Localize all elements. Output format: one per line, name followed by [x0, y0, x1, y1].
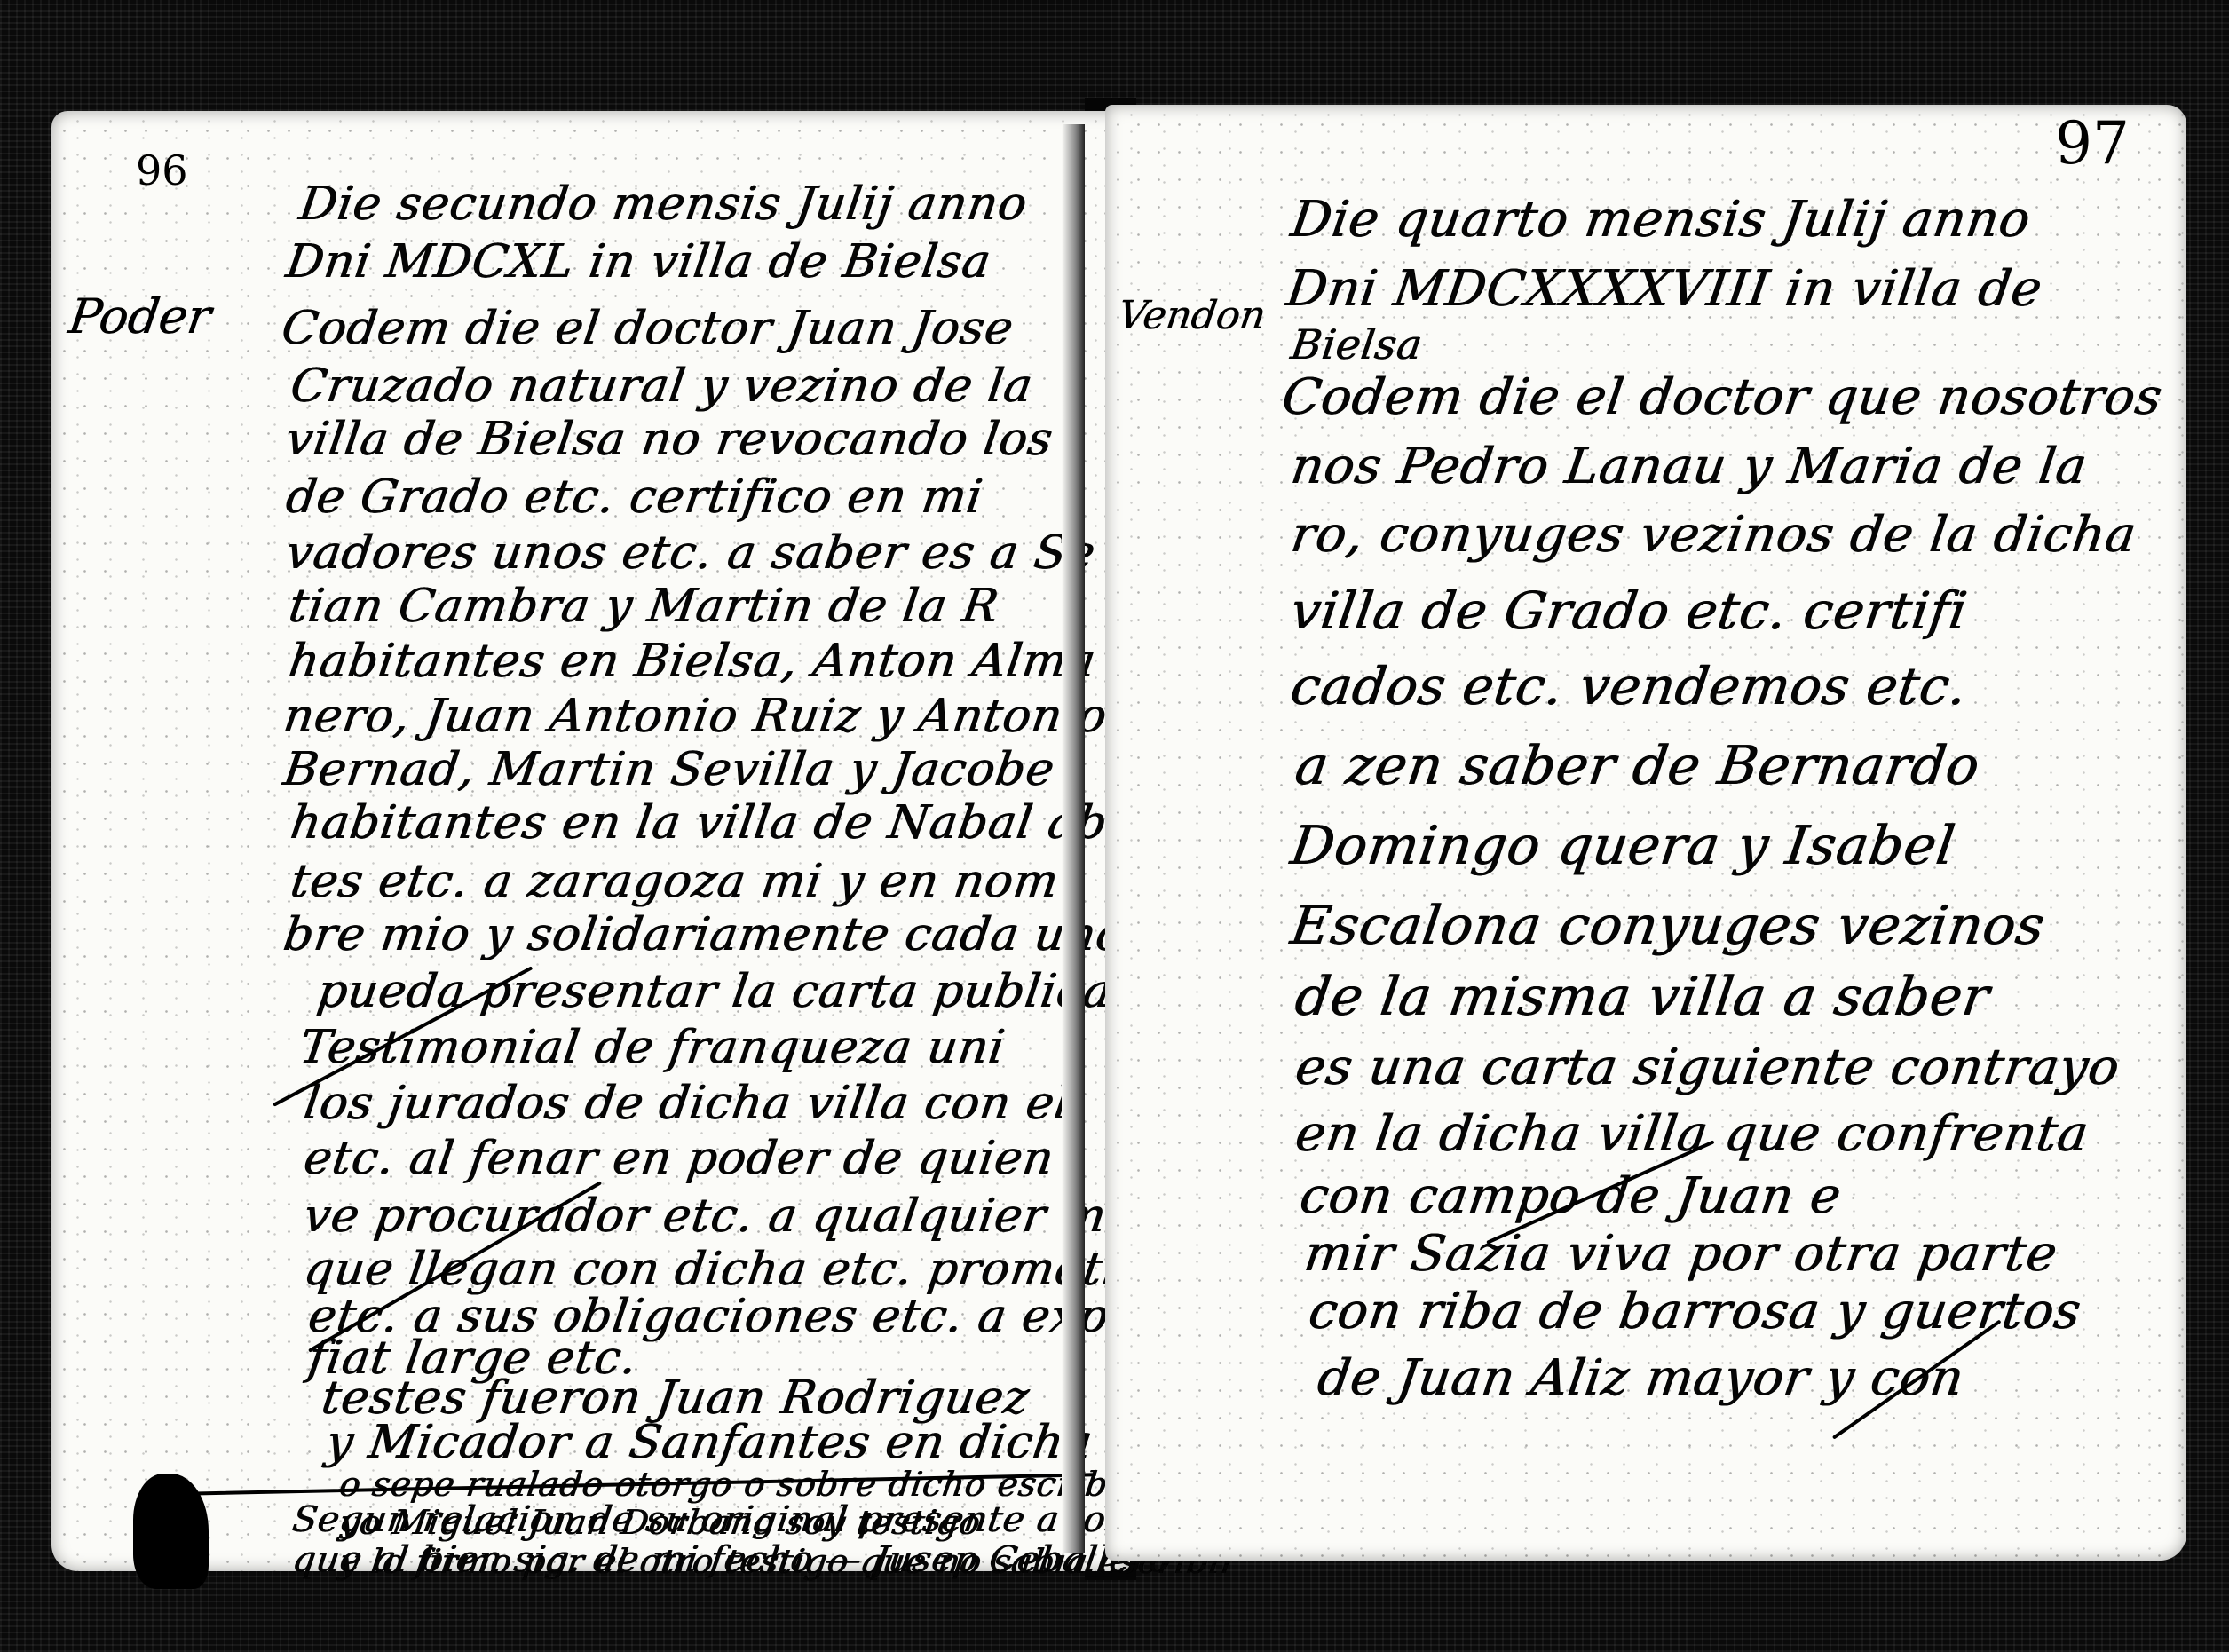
folio-number-left: 96: [136, 146, 188, 194]
manuscript-line: etc. al fenar en poder de quien: [301, 1132, 1057, 1185]
manuscript-line: mir Sazia viva por otra parte: [1301, 1228, 2061, 1281]
manuscript-line: Codem die el doctor Juan Jose: [279, 302, 1017, 355]
manuscript-line: nero, Juan Antonio Ruiz y Antonio: [281, 690, 1111, 743]
manuscript-line: es una carta siguiente contrayo: [1292, 1041, 2123, 1095]
manuscript-line: Testimonial de franqueza uni: [296, 1021, 1008, 1074]
manuscript-line: de Grado etc. certifico en mi: [283, 470, 986, 524]
manuscript-line: Domingo quera y Isabel: [1288, 819, 1958, 873]
manuscript-line: pueda presentar la carta publica: [314, 965, 1116, 1018]
manuscript-line: tes etc. a zaragoza mi y en nom: [288, 855, 1063, 908]
manuscript-line: habitantes en la villa de Nabal ab: [288, 796, 1111, 850]
manuscript-line: con campo de Juan e: [1297, 1170, 1845, 1223]
manuscript-line: de la misma villa a saber: [1292, 970, 1993, 1024]
manuscript-line: Escalona conyuges vezinos: [1288, 899, 2049, 952]
manuscript-line: ro, conyuges vezinos de la dicha: [1288, 509, 2140, 562]
manuscript-line: con riba de barrosa y guertos: [1306, 1285, 2085, 1339]
manuscript-line: villa de Bielsa no revocando los: [283, 413, 1056, 466]
manuscript-line: a zen saber de Bernardo: [1292, 739, 1983, 793]
manuscript-line: o sepe rualado otorgo o sobre dicho escr…: [337, 1465, 1175, 1504]
manuscript-line: villa de Grado etc. certifi: [1288, 584, 1971, 637]
manuscript-line: los jurados de dicha villa con el: [301, 1077, 1074, 1130]
manuscript-line: vadores unos etc. a saber es a Se: [283, 526, 1099, 580]
left-folio: 96 Poder Die secundo mensis Julij anno D…: [51, 111, 1130, 1571]
manuscript-line: nos Pedro Lanau y Maria de la: [1288, 440, 2091, 494]
manuscript-line: Die quarto mensis Julij anno: [1288, 194, 2035, 247]
footer-note-line: Segun relacion de su original presente a…: [290, 1500, 1244, 1539]
manuscript-line: cados etc. vendemos etc.: [1288, 660, 1971, 713]
margin-note-vendon: Vendon: [1115, 293, 1268, 338]
folio-number-right: 97: [2055, 109, 2130, 178]
manuscript-line: habitantes en Bielsa, Anton Alma: [286, 635, 1100, 688]
margin-note-poder: Poder: [66, 289, 215, 344]
manuscript-line: Dni MDCXL in villa de Bielsa: [283, 235, 995, 289]
manuscript-line: que llegan con dicha etc. prometio: [301, 1243, 1151, 1296]
manuscript-line: Codem die el doctor que nosotros: [1279, 371, 2166, 424]
right-folio: 97 Vendon Die quarto mensis Julij anno D…: [1105, 105, 2186, 1561]
footer-note-line: que al bien sig. de mi fecho — Jusep Ceb…: [290, 1540, 1174, 1579]
manuscript-line: tian Cambra y Martin de la R: [286, 580, 1002, 633]
page-edge-shadow: [1062, 124, 1085, 1553]
manuscript-line: Cruzado natural y vezino de la: [288, 360, 1037, 413]
manuscript-line: Bielsa: [1288, 318, 1427, 371]
manuscript-line: Bernad, Martin Sevilla y Jacobe: [281, 743, 1058, 796]
manuscript-line: Dni MDCXXXXVIII in villa de: [1284, 263, 2046, 316]
manuscript-line: de Juan Aliz mayor y con: [1315, 1352, 1968, 1405]
ink-blot: [133, 1474, 209, 1589]
manuscript-line: Die secundo mensis Julij anno: [296, 178, 1031, 231]
